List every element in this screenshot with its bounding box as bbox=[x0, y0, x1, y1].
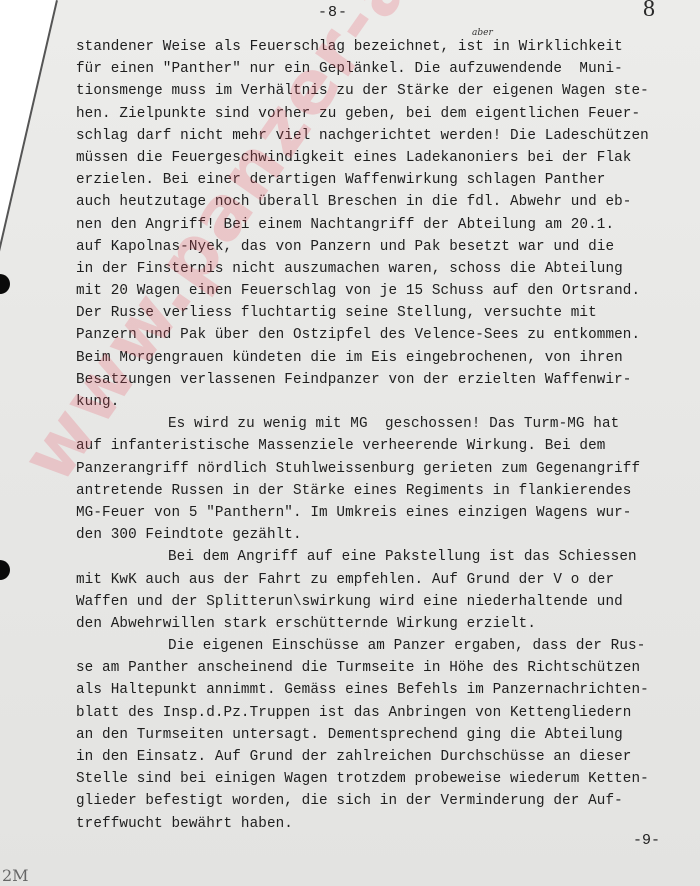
text-line: Bei dem Angriff auf eine Pakstellung ist… bbox=[76, 546, 696, 568]
text-line: Panzern und Pak über den Ostzipfel des V… bbox=[76, 324, 696, 346]
text-line: MG-Feuer von 5 "Panthern". Im Umkreis ei… bbox=[76, 502, 696, 524]
text-line: mit 20 Wagen einen Feuerschlag von je 15… bbox=[76, 280, 696, 302]
typewritten-body: standener Weise als Feuerschlag bezeichn… bbox=[76, 36, 696, 835]
text-line: mit KwK auch aus der Fahrt zu empfehlen.… bbox=[76, 569, 696, 591]
punch-hole bbox=[0, 274, 10, 294]
text-line: den 300 Feindtote gezählt. bbox=[76, 524, 696, 546]
text-line: hen. Zielpunkte sind vorher zu geben, be… bbox=[76, 103, 696, 125]
text-line: Beim Morgengrauen kündeten die im Eis ei… bbox=[76, 347, 696, 369]
text-line: Es wird zu wenig mit MG geschossen! Das … bbox=[76, 413, 696, 435]
text-line: Besatzungen verlassenen Feindpanzer von … bbox=[76, 369, 696, 391]
text-line: tionsmenge muss im Verhältnis zu der Stä… bbox=[76, 80, 696, 102]
text-line: glieder befestigt worden, die sich in de… bbox=[76, 790, 696, 812]
page-header-number: -8- bbox=[318, 4, 348, 21]
stamped-page-number: 8 bbox=[643, 0, 655, 23]
text-line: kung. bbox=[76, 391, 696, 413]
text-line: müssen die Feuergeschwindigkeit eines La… bbox=[76, 147, 696, 169]
text-line: auch heutzutage noch überall Breschen in… bbox=[76, 191, 696, 213]
text-line: antretende Russen in der Stärke eines Re… bbox=[76, 480, 696, 502]
margin-note: 2M bbox=[2, 866, 29, 885]
document-page: -8- 8 aber standener Weise als Feuerschl… bbox=[0, 0, 700, 886]
text-line: für einen "Panther" nur ein Geplänkel. D… bbox=[76, 58, 696, 80]
text-line: se am Panther anscheinend die Turmseite … bbox=[76, 657, 696, 679]
text-line: Die eigenen Einschüsse am Panzer ergaben… bbox=[76, 635, 696, 657]
text-line: blatt des Insp.d.Pz.Truppen ist das Anbr… bbox=[76, 702, 696, 724]
text-line: erzielen. Bei einer derartigen Waffenwir… bbox=[76, 169, 696, 191]
text-line: in der Finsternis nicht auszumachen ware… bbox=[76, 258, 696, 280]
text-line: Stelle sind bei einigen Wagen trotzdem p… bbox=[76, 768, 696, 790]
text-line: in den Einsatz. Auf Grund der zahlreiche… bbox=[76, 746, 696, 768]
punch-hole bbox=[0, 560, 10, 580]
text-line: an den Turmseiten untersagt. Dementsprec… bbox=[76, 724, 696, 746]
page-footer-number: -9- bbox=[633, 832, 660, 849]
text-line: standener Weise als Feuerschlag bezeichn… bbox=[76, 36, 696, 58]
text-line: Waffen und der Splitterun\swirkung wird … bbox=[76, 591, 696, 613]
text-line: nen den Angriff! Bei einem Nachtangriff … bbox=[76, 214, 696, 236]
text-line: auf Kapolnas-Nyek, das von Panzern und P… bbox=[76, 236, 696, 258]
text-line: schlag darf nicht mehr viel nachgerichte… bbox=[76, 125, 696, 147]
text-line: Der Russe verliess fluchtartig seine Ste… bbox=[76, 302, 696, 324]
text-line: als Haltepunkt annimmt. Gemäss eines Bef… bbox=[76, 679, 696, 701]
text-line: den Abwehrwillen stark erschütternde Wir… bbox=[76, 613, 696, 635]
text-line: Panzerangriff nördlich Stuhlweissenburg … bbox=[76, 458, 696, 480]
text-line: treffwucht bewährt haben. bbox=[76, 813, 696, 835]
text-line: auf infanteristische Massenziele verheer… bbox=[76, 435, 696, 457]
